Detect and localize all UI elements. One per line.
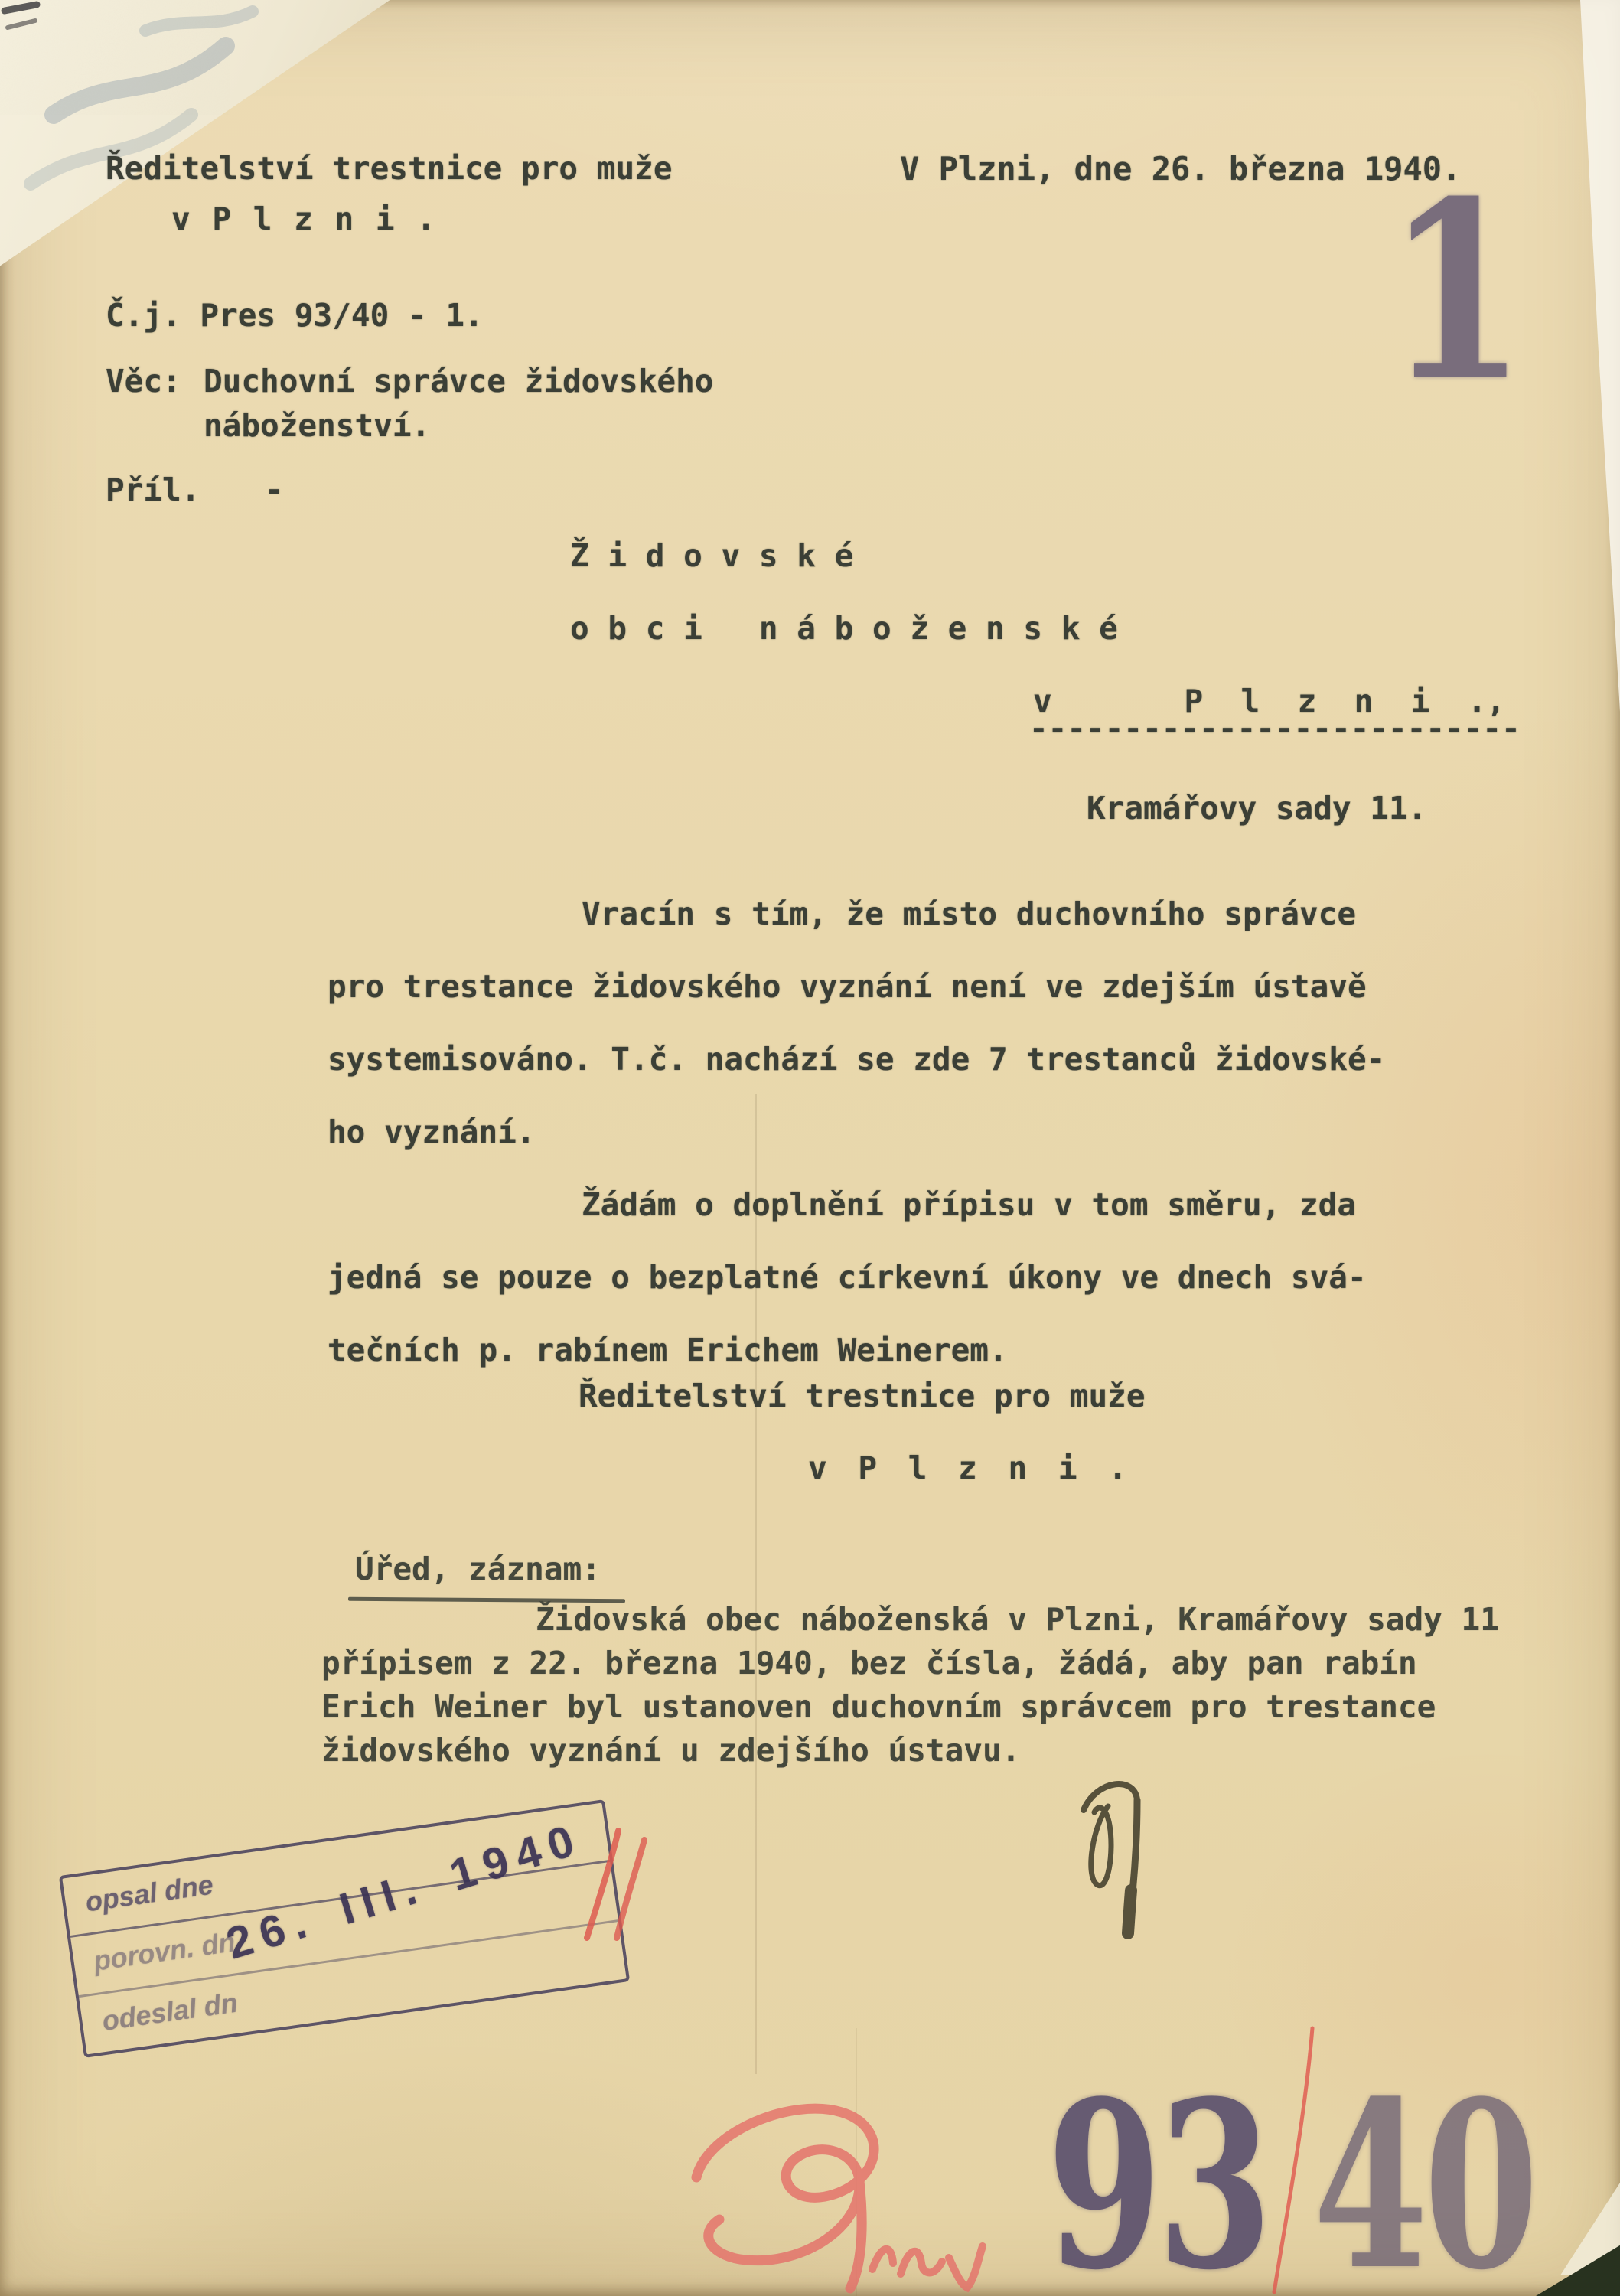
page-number-stamp: 1	[1387, 170, 1527, 415]
body-p1-line2: pro trestance židovského vyznání není ve…	[328, 968, 1367, 1006]
addressee-line4: Kramářovy sady 11.	[1087, 790, 1426, 827]
body-p2-line3: tečních p. rabínem Erichem Weinerem.	[328, 1332, 1008, 1369]
body-p1-line4: ho vyznání.	[328, 1114, 536, 1151]
body-p2-line1: Žádám o doplnění přípisu v tom směru, zd…	[582, 1186, 1356, 1224]
subject-line1: Duchovní správce židovského	[204, 363, 713, 400]
note-line3: Erich Weiner byl ustanoven duchovním spr…	[321, 1688, 1436, 1726]
paper-crease	[856, 2028, 857, 2296]
file-number-stamp-left: 93	[1047, 2071, 1268, 2296]
body-p2-line2: jedná se pouze o bezplatné církevní úkon…	[328, 1259, 1367, 1296]
addressee-underline: --------------------------	[1029, 710, 1521, 748]
scan-edge-right	[1580, 0, 1620, 1148]
place-date-line: V Plzni, dne 26. března 1940.	[900, 150, 1461, 188]
body-p1-line3: systemisováno. T.č. nachází se zde 7 tre…	[328, 1041, 1385, 1078]
scanned-letter-page: Ředitelství trestnice pro muže v P l z n…	[0, 0, 1620, 2296]
paper-crease	[755, 1094, 757, 2074]
reference-number-line: Č.j. Pres 93/40 - 1.	[106, 297, 484, 334]
body-p1-line1: Vracín s tím, že místo duchovního správc…	[582, 895, 1356, 933]
addressee-line2: o b c i n á b o ž e n s k é	[570, 610, 1118, 647]
addressee-line1: Ž i d o v s k é	[570, 537, 853, 575]
note-line4: židovského vyznání u zdejšího ústavu.	[321, 1732, 1020, 1769]
signature-line2: v P l z n i .	[808, 1450, 1133, 1487]
official-note-heading: Úřed, záznam:	[355, 1551, 601, 1588]
sender-office-line1: Ředitelství trestnice pro muže	[106, 150, 673, 188]
file-number-stamp-right: 40	[1313, 2071, 1534, 2296]
enclosure-label: Příl.	[106, 471, 200, 509]
red-pencil-signature	[677, 2086, 1006, 2296]
note-line1: Židovská obec náboženská v Plzni, Kramář…	[536, 1601, 1499, 1639]
subject-label: Věc:	[106, 363, 181, 400]
sender-office-line2: v P l z n i .	[171, 201, 437, 238]
enclosure-value: -	[265, 471, 284, 509]
signature-line1: Ředitelství trestnice pro muže	[579, 1378, 1146, 1415]
handwritten-paraph	[1062, 1753, 1162, 1940]
note-line2: přípisem z 22. března 1940, bez čísla, ž…	[321, 1645, 1417, 1682]
subject-line2: náboženství.	[204, 407, 430, 445]
red-pencil-slash	[1266, 2028, 1320, 2296]
